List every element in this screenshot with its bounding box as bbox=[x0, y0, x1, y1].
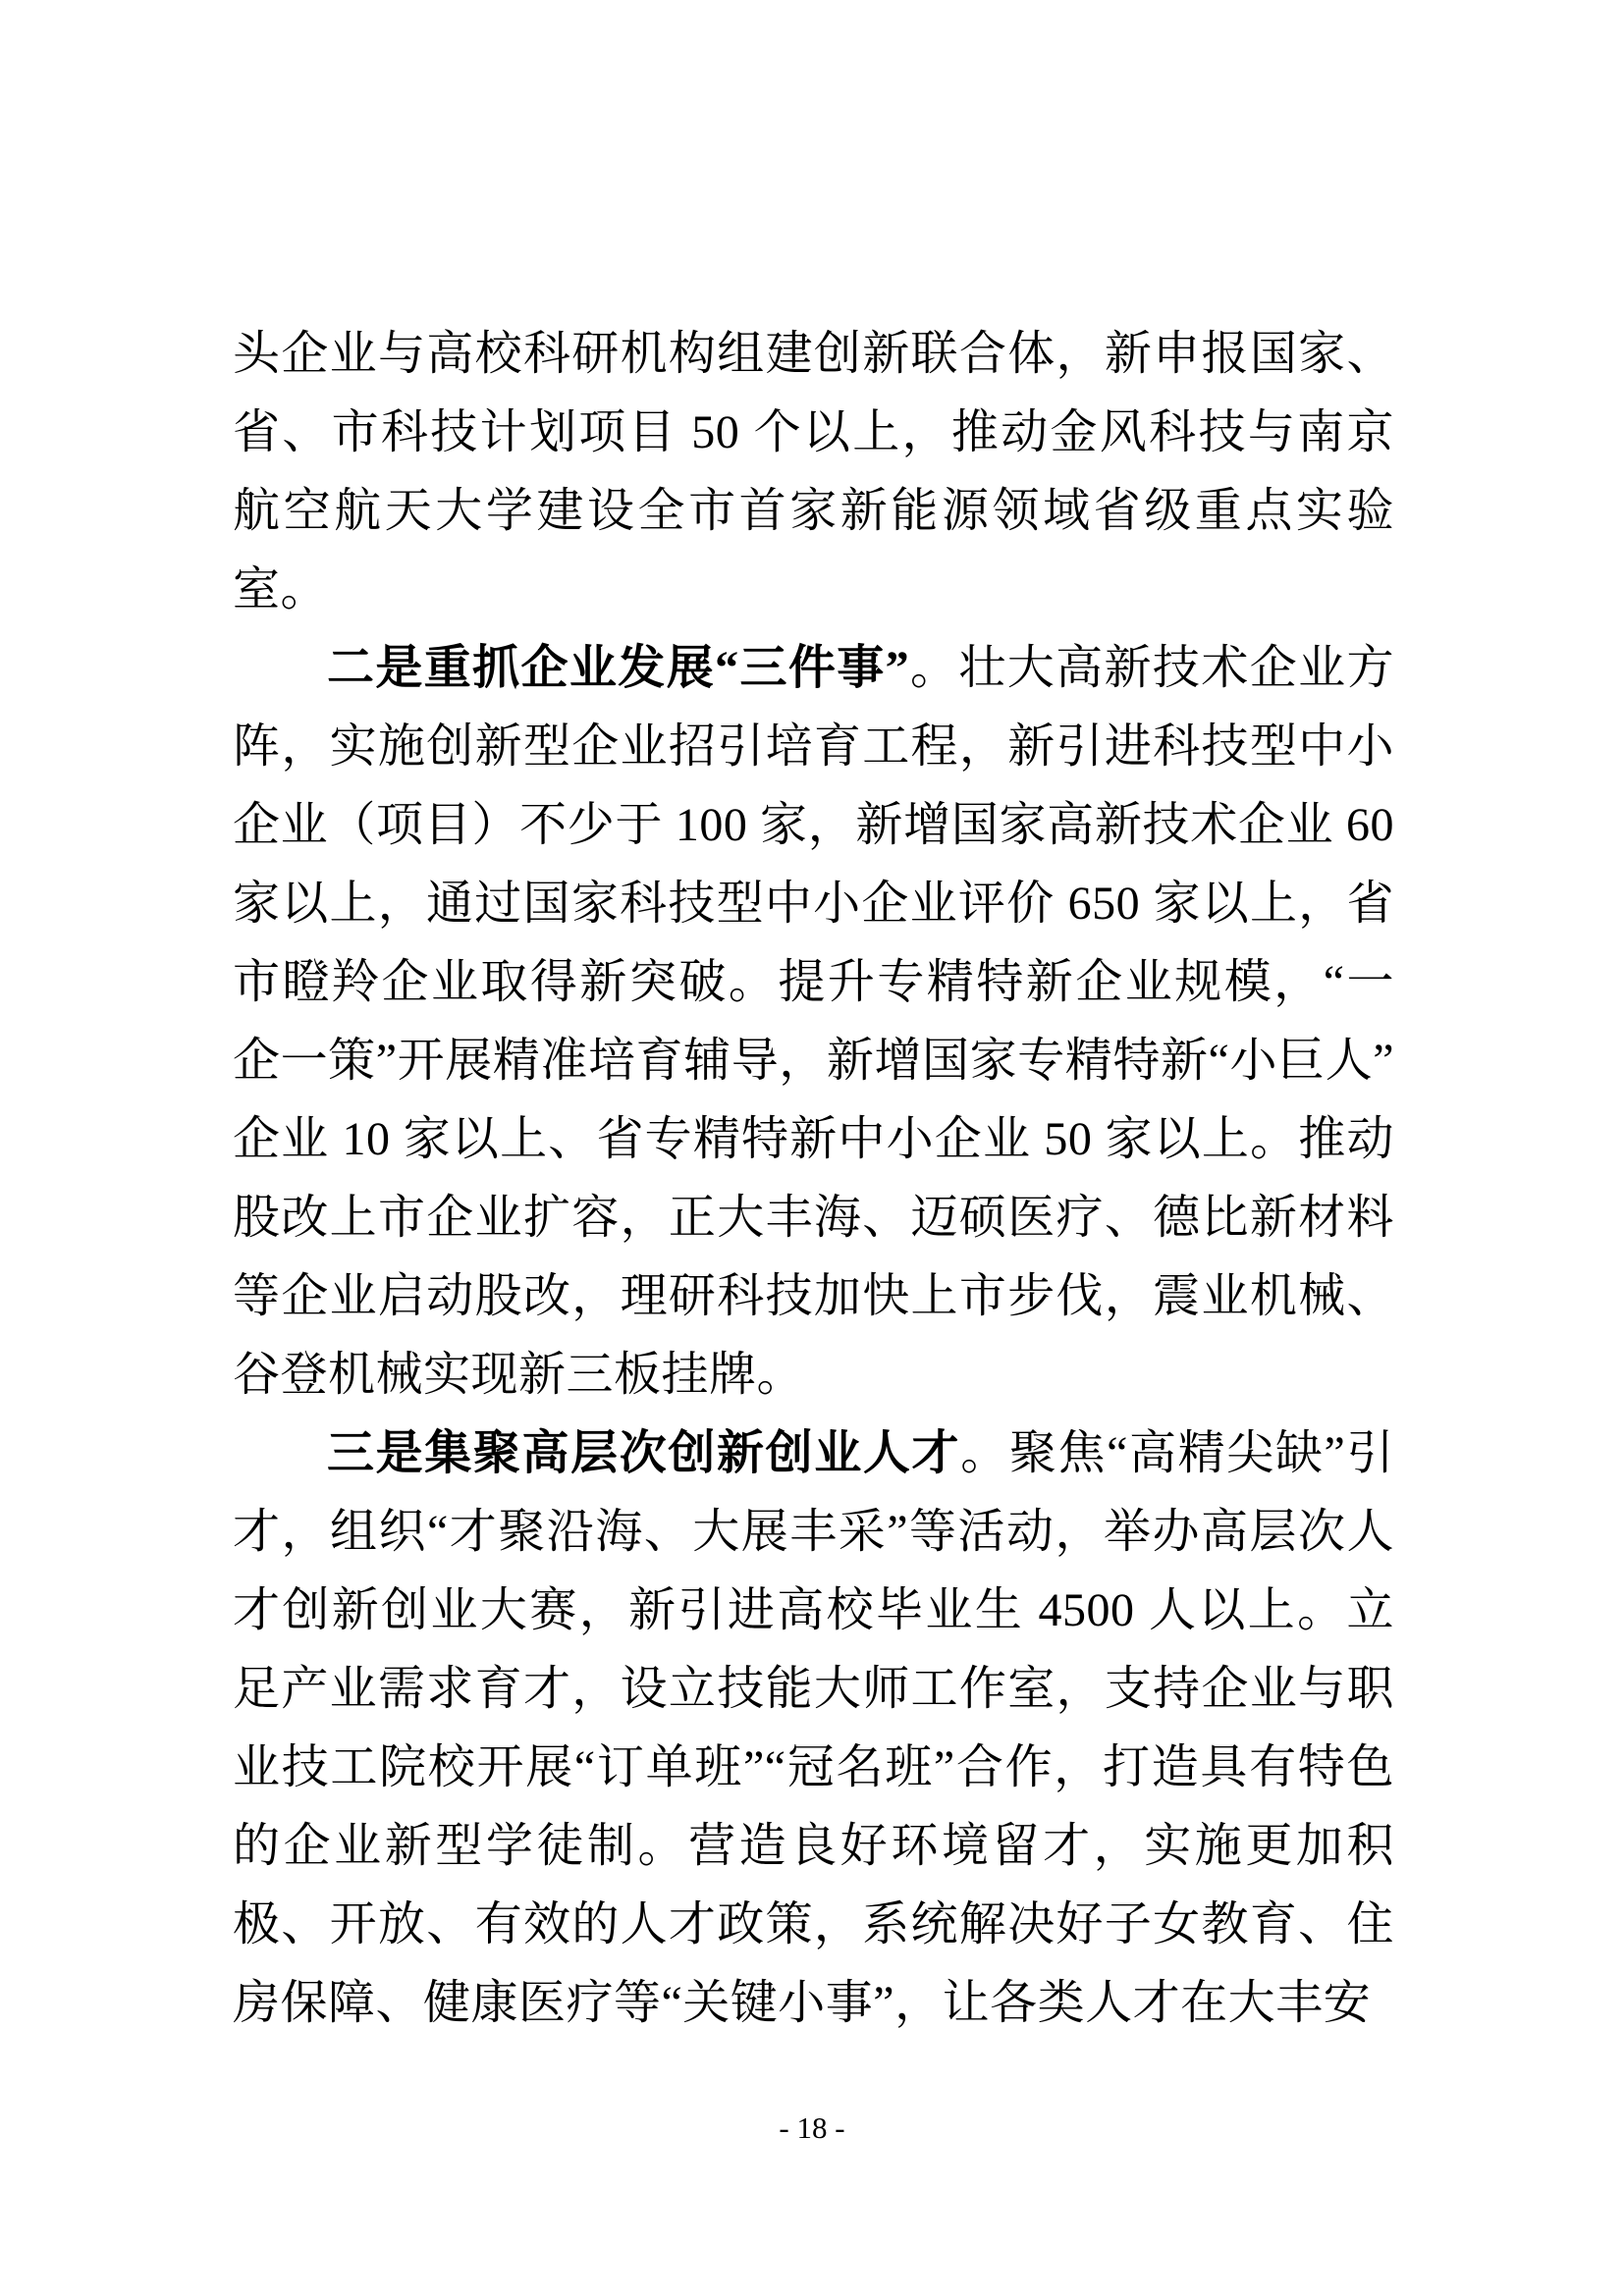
paragraph-item-three: 三是集聚高层次创新创业人才。聚焦“高精尖缺”引才，组织“才聚沿海、大展丰采”等活… bbox=[233, 1415, 1394, 2043]
paragraph-text: 头企业与高校科研机构组建创新联合体，新申报国家、省、市科技计划项目 50 个以上… bbox=[233, 328, 1394, 615]
page-footer: - 18 - bbox=[0, 2107, 1624, 2150]
paragraph-bold-lead: 二是重抓企业发展“三件事” bbox=[327, 642, 909, 694]
paragraph-item-two: 二是重抓企业发展“三件事”。壮大高新技术企业方阵，实施创新型企业招引培育工程，新… bbox=[233, 629, 1394, 1415]
paragraph-text: 。壮大高新技术企业方阵，实施创新型企业招引培育工程，新引进科技型中小企业（项目）… bbox=[233, 642, 1394, 1401]
paragraph-text: 。聚焦“高精尖缺”引才，组织“才聚沿海、大展丰采”等活动，举办高层次人才创新创业… bbox=[233, 1427, 1394, 2029]
paragraph-continuation: 头企业与高校科研机构组建创新联合体，新申报国家、省、市科技计划项目 50 个以上… bbox=[233, 315, 1394, 629]
page-number: - 18 - bbox=[779, 2110, 844, 2145]
document-page: 头企业与高校科研机构组建创新联合体，新申报国家、省、市科技计划项目 50 个以上… bbox=[0, 0, 1624, 2296]
document-body: 头企业与高校科研机构组建创新联合体，新申报国家、省、市科技计划项目 50 个以上… bbox=[233, 315, 1394, 2049]
paragraph-bold-lead: 三是集聚高层次创新创业人才 bbox=[327, 1427, 960, 1479]
